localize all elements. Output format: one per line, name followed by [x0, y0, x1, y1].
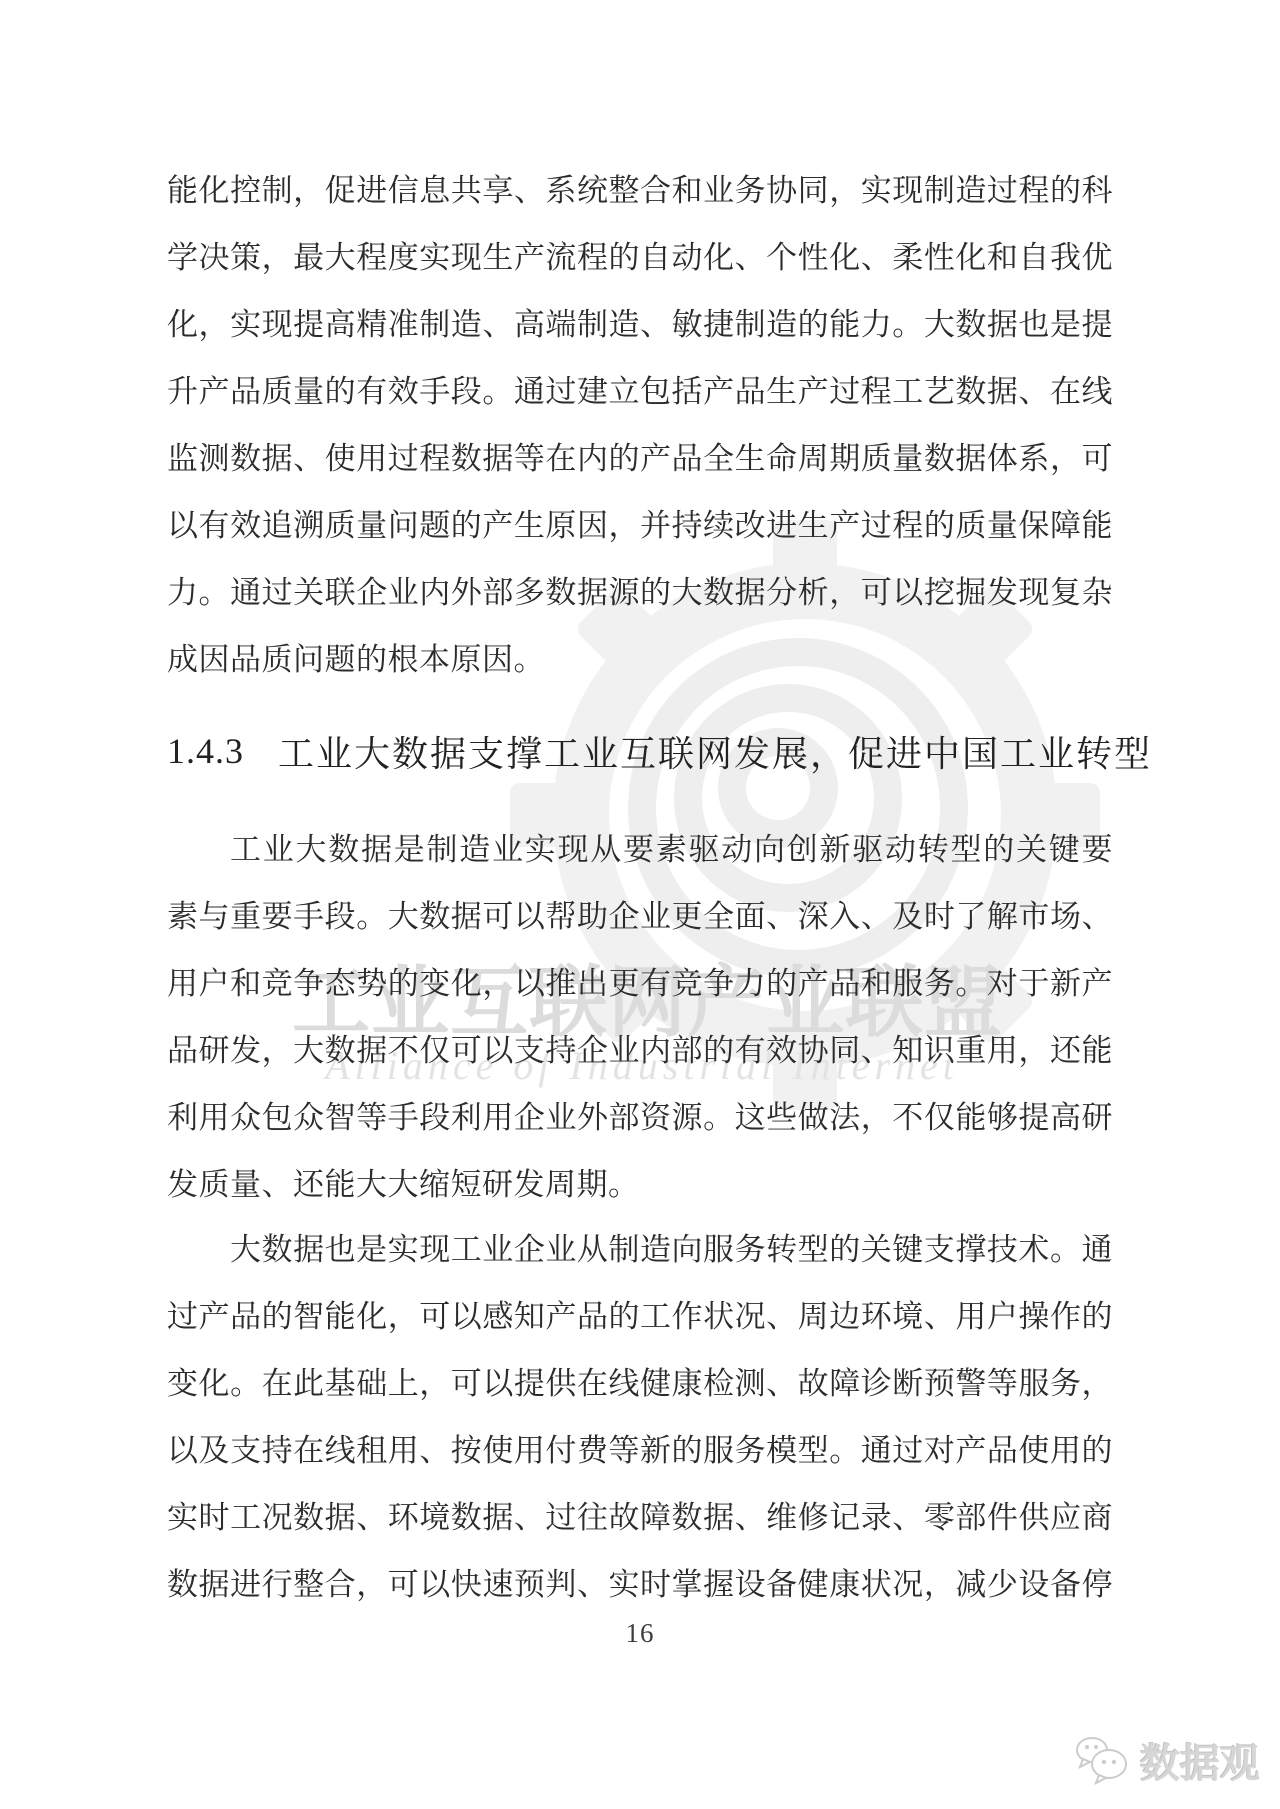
paragraph-3: 大数据也是实现工业企业从制造向服务转型的关键支撑技术。通 过产品的智能化，可以感… [167, 1216, 1113, 1618]
text-line: 以及支持在线租用、按使用付费等新的服务模型。通过对产品使用的 [167, 1417, 1113, 1484]
text-line: 升产品质量的有效手段。通过建立包括产品生产过程工艺数据、在线 [167, 358, 1113, 425]
footer-logo: 数据观 [1070, 1732, 1260, 1789]
text-line: 大数据也是实现工业企业从制造向服务转型的关键支撑技术。通 [167, 1216, 1113, 1283]
text-line: 学决策，最大程度实现生产流程的自动化、个性化、柔性化和自我优 [167, 224, 1113, 291]
text-line: 力。通过关联企业内外部多数据源的大数据分析，可以挖掘发现复杂 [167, 559, 1113, 626]
text-line: 变化。在此基础上，可以提供在线健康检测、故障诊断预警等服务， [167, 1350, 1113, 1417]
text-line: 用户和竞争态势的变化，以推出更有竞争力的产品和服务。对于新产 [167, 950, 1113, 1017]
text-line: 成因品质问题的根本原因。 [167, 626, 1113, 693]
text-line: 工业大数据是制造业实现从要素驱动向创新驱动转型的关键要 [167, 816, 1113, 883]
paragraph-2: 工业大数据是制造业实现从要素驱动向创新驱动转型的关键要 素与重要手段。大数据可以… [167, 816, 1113, 1218]
section-number: 1.4.3 [167, 730, 244, 772]
text-line: 过产品的智能化，可以感知产品的工作状况、周边环境、用户操作的 [167, 1283, 1113, 1350]
text-line: 监测数据、使用过程数据等在内的产品全生命周期质量数据体系，可 [167, 425, 1113, 492]
footer-logo-text: 数据观 [1140, 1732, 1260, 1789]
section-title: 工业大数据支撑工业互联网发展，促进中国工业转型 [278, 726, 1152, 777]
text-line: 品研发，大数据不仅可以支持企业内部的有效协同、知识重用，还能 [167, 1017, 1113, 1084]
paragraph-1: 能化控制，促进信息共享、系统整合和业务协同，实现制造过程的科 学决策，最大程度实… [167, 157, 1113, 693]
text-line: 发质量、还能大大缩短研发周期。 [167, 1151, 1113, 1218]
page-number: 16 [0, 1618, 1280, 1649]
text-line: 能化控制，促进信息共享、系统整合和业务协同，实现制造过程的科 [167, 157, 1113, 224]
section-heading: 1.4.3 工业大数据支撑工业互联网发展，促进中国工业转型 [167, 712, 1113, 790]
text-line: 实时工况数据、环境数据、过往故障数据、维修记录、零部件供应商 [167, 1484, 1113, 1551]
text-line: 素与重要手段。大数据可以帮助企业更全面、深入、及时了解市场、 [167, 883, 1113, 950]
text-line: 数据进行整合，可以快速预判、实时掌握设备健康状况，减少设备停 [167, 1551, 1113, 1618]
text-line: 化，实现提高精准制造、高端制造、敏捷制造的能力。大数据也是提 [167, 291, 1113, 358]
text-line: 利用众包众智等手段利用企业外部资源。这些做法，不仅能够提高研 [167, 1084, 1113, 1151]
chat-bubbles-icon [1070, 1735, 1132, 1787]
text-line: 以有效追溯质量问题的产生原因，并持续改进生产过程的质量保障能 [167, 492, 1113, 559]
